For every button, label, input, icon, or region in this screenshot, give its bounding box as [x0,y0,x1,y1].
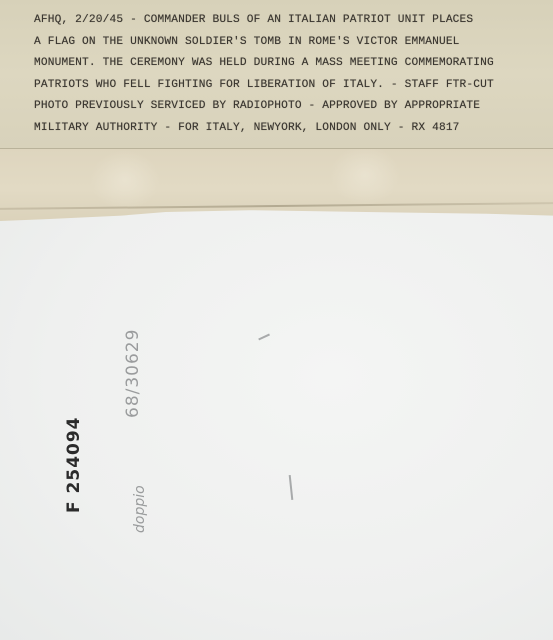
typed-caption-strip: AFHQ, 2/20/45 - COMMANDER BULS OF AN ITA… [0,0,553,148]
caption-text: AFHQ, 2/20/45 - COMMANDER BULS OF AN ITA… [34,10,553,139]
watermark-shape [330,145,400,205]
watermark-shape [90,150,160,210]
caption-line: MILITARY AUTHORITY - FOR ITALY, NEWYORK,… [34,118,553,140]
caption-line: MONUMENT. THE CEREMONY WAS HELD DURING A… [34,53,553,75]
caption-line: PATRIOTS WHO FELL FIGHTING FOR LIBERATIO… [34,75,553,97]
handwritten-archive-number: F 254094 [64,416,84,513]
caption-line: A FLAG ON THE UNKNOWN SOLDIER'S TOMB IN … [34,32,553,54]
caption-line: AFHQ, 2/20/45 - COMMANDER BULS OF AN ITA… [34,10,553,32]
handwritten-reference-fraction: 68/30629 [123,329,143,418]
handwritten-note: doppio [132,485,148,533]
caption-line: PHOTO PREVIOUSLY SERVICED BY RADIOPHOTO … [34,96,553,118]
photo-back-scan: AFHQ, 2/20/45 - COMMANDER BULS OF AN ITA… [0,0,553,640]
